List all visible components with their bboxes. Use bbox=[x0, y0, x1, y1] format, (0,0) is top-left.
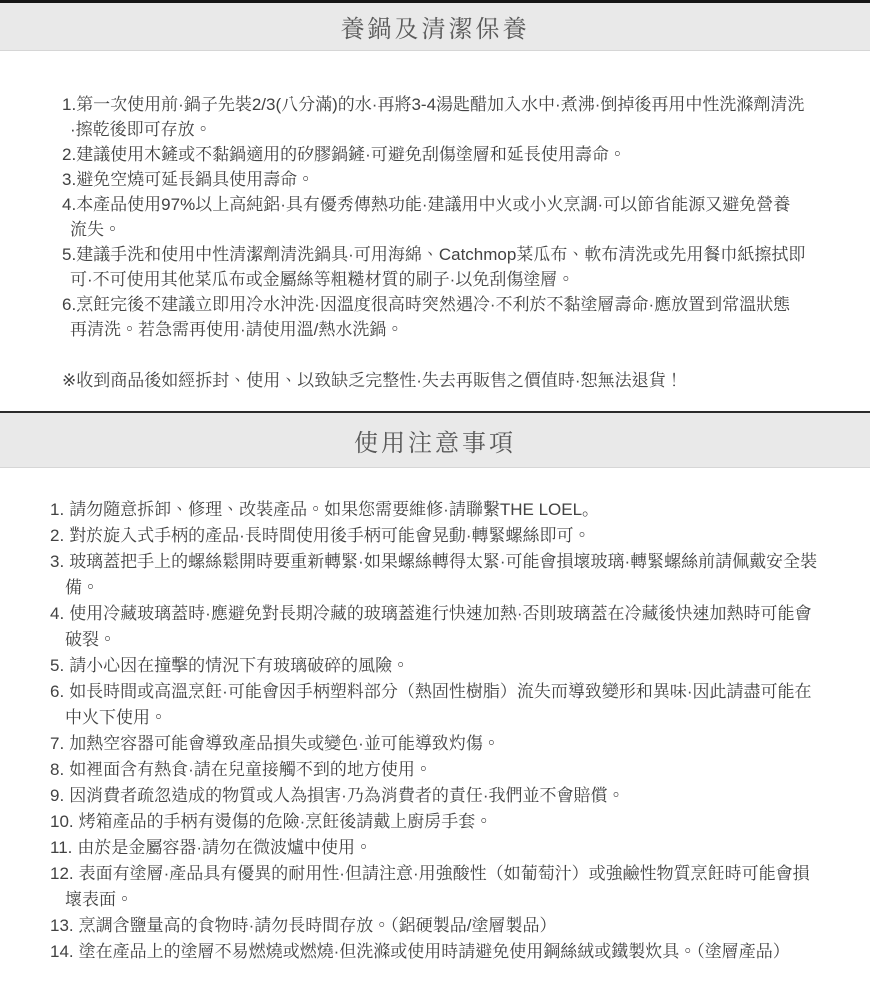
item-text: 烹調含鹽量高的食物時·請勿長時間存放。（鋁硬製品/塗層製品） bbox=[79, 916, 557, 935]
item-text: 對於旋入式手柄的產品·長時間使用後手柄可能會晃動·轉緊螺絲即可。 bbox=[69, 526, 590, 545]
item-number: 1. bbox=[50, 500, 69, 519]
item-number: 3. bbox=[62, 170, 76, 189]
care-item-5: 5.建議手洗和使用中性清潔劑清洗鍋具·可用海綿、Catchmop菜瓜布、軟布清洗… bbox=[62, 242, 806, 292]
item-number: 4. bbox=[62, 195, 76, 214]
precaution-item-9: 9.因消費者疏忽造成的物質或人為損害·乃為消費者的責任·我們並不會賠償。 bbox=[50, 783, 818, 809]
item-text: 如長時間或高溫烹飪·可能會因手柄塑料部分（熱固性樹脂）流失而導致變形和異味·因此… bbox=[65, 682, 812, 727]
section-title-usage-precautions: 使用注意事項 bbox=[354, 423, 516, 458]
item-text: 塗在產品上的塗層不易燃燒或燃燒·但洗滌或使用時請避免使用鋼絲絨或鐵製炊具。（塗層… bbox=[79, 942, 790, 961]
care-item-1: 1.第一次使用前·鍋子先裝2/3(八分滿)的水·再將3-4湯匙醋加入水中·煮沸·… bbox=[62, 92, 806, 142]
item-text: 使用冷藏玻璃蓋時·應避免對長期冷藏的玻璃蓋進行快速加熱·否則玻璃蓋在冷藏後快速加… bbox=[65, 604, 812, 649]
item-number: 10. bbox=[50, 812, 79, 831]
care-item-4: 4.本產品使用97%以上高純鋁·具有優秀傳熱功能·建議用中火或小火烹調·可以節省… bbox=[62, 192, 806, 242]
item-text: 請小心因在撞擊的情況下有玻璃破碎的風險。 bbox=[69, 656, 409, 675]
item-number: 7. bbox=[50, 734, 69, 753]
precaution-item-4: 4.使用冷藏玻璃蓋時·應避免對長期冷藏的玻璃蓋進行快速加熱·否則玻璃蓋在冷藏後快… bbox=[50, 601, 818, 653]
return-policy-note: ※收到商品後如經拆封、使用、以致缺乏完整性·失去再販售之價值時·恕無法退貨！ bbox=[62, 368, 806, 393]
usage-precautions-list: 1.請勿隨意拆卸、修理、改裝產品。如果您需要維修·請聯繫THE LOEL。 2.… bbox=[50, 497, 818, 965]
item-text: 本產品使用97%以上高純鋁·具有優秀傳熱功能·建議用中火或小火烹調·可以節省能源… bbox=[70, 195, 790, 239]
precaution-item-8: 8.如裡面含有熱食·請在兒童接觸不到的地方使用。 bbox=[50, 757, 818, 783]
item-text: 由於是金屬容器·請勿在微波爐中使用。 bbox=[77, 838, 372, 857]
item-text: 加熱空容器可能會導致產品損失或變色·並可能導致灼傷。 bbox=[69, 734, 500, 753]
item-text: 因消費者疏忽造成的物質或人為損害·乃為消費者的責任·我們並不會賠償。 bbox=[69, 786, 624, 805]
item-number: 9. bbox=[50, 786, 69, 805]
item-number: 4. bbox=[50, 604, 69, 623]
item-number: 6. bbox=[62, 295, 76, 314]
item-number: 3. bbox=[50, 552, 69, 571]
item-number: 14. bbox=[50, 942, 79, 961]
item-text: 請勿隨意拆卸、修理、改裝產品。如果您需要維修·請聯繫THE LOEL。 bbox=[69, 500, 599, 519]
item-text: 第一次使用前·鍋子先裝2/3(八分滿)的水·再將3-4湯匙醋加入水中·煮沸·倒掉… bbox=[70, 95, 804, 139]
care-item-2: 2.建議使用木鏟或不黏鍋適用的矽膠鍋鏟·可避免刮傷塗層和延長使用壽命。 bbox=[62, 142, 806, 167]
item-number: 11. bbox=[50, 838, 77, 857]
precaution-item-13: 13.烹調含鹽量高的食物時·請勿長時間存放。（鋁硬製品/塗層製品） bbox=[50, 913, 818, 939]
item-number: 5. bbox=[62, 245, 76, 264]
precaution-item-10: 10.烤箱產品的手柄有燙傷的危險·烹飪後請戴上廚房手套。 bbox=[50, 809, 818, 835]
item-text: 避免空燒可延長鍋具使用壽命。 bbox=[76, 170, 314, 189]
item-number: 1. bbox=[62, 95, 76, 114]
precaution-item-7: 7.加熱空容器可能會導致產品損失或變色·並可能導致灼傷。 bbox=[50, 731, 818, 757]
section-header-usage-precautions: 使用注意事項 bbox=[0, 411, 870, 468]
item-text: 烤箱產品的手柄有燙傷的危險·烹飪後請戴上廚房手套。 bbox=[79, 812, 493, 831]
care-item-3: 3.避免空燒可延長鍋具使用壽命。 bbox=[62, 167, 806, 192]
item-number: 2. bbox=[62, 145, 76, 164]
precaution-item-14: 14.塗在產品上的塗層不易燃燒或燃燒·但洗滌或使用時請避免使用鋼絲絨或鐵製炊具。… bbox=[50, 939, 818, 965]
item-text: 烹飪完後不建議立即用冷水沖洗·因溫度很高時突然遇冷·不利於不黏塗層壽命·應放置到… bbox=[70, 295, 790, 339]
precaution-item-1: 1.請勿隨意拆卸、修理、改裝產品。如果您需要維修·請聯繫THE LOEL。 bbox=[50, 497, 818, 523]
precaution-item-12: 12.表面有塗層·產品具有優異的耐用性·但請注意·用強酸性（如葡萄汁）或強鹼性物… bbox=[50, 861, 818, 913]
item-text: 玻璃蓋把手上的螺絲鬆開時要重新轉緊·如果螺絲轉得太緊·可能會損壞玻璃·轉緊螺絲前… bbox=[65, 552, 817, 597]
precaution-item-2: 2.對於旋入式手柄的產品·長時間使用後手柄可能會晃動·轉緊螺絲即可。 bbox=[50, 523, 818, 549]
precaution-item-5: 5.請小心因在撞擊的情況下有玻璃破碎的風險。 bbox=[50, 653, 818, 679]
item-text: 建議手洗和使用中性清潔劑清洗鍋具·可用海綿、Catchmop菜瓜布、軟布清洗或先… bbox=[70, 245, 805, 289]
item-text: 表面有塗層·產品具有優異的耐用性·但請注意·用強酸性（如葡萄汁）或強鹼性物質烹飪… bbox=[65, 864, 810, 909]
item-number: 13. bbox=[50, 916, 79, 935]
section-header-pot-care: 養鍋及清潔保養 bbox=[0, 0, 870, 51]
item-text: 建議使用木鏟或不黏鍋適用的矽膠鍋鏟·可避免刮傷塗層和延長使用壽命。 bbox=[76, 145, 626, 164]
section-title-pot-care: 養鍋及清潔保養 bbox=[341, 9, 530, 44]
item-number: 12. bbox=[50, 864, 79, 883]
item-number: 5. bbox=[50, 656, 69, 675]
precaution-item-11: 11.由於是金屬容器·請勿在微波爐中使用。 bbox=[50, 835, 818, 861]
precaution-item-6: 6.如長時間或高溫烹飪·可能會因手柄塑料部分（熱固性樹脂）流失而導致變形和異味·… bbox=[50, 679, 818, 731]
precaution-item-3: 3.玻璃蓋把手上的螺絲鬆開時要重新轉緊·如果螺絲轉得太緊·可能會損壞玻璃·轉緊螺… bbox=[50, 549, 818, 601]
product-care-document: 養鍋及清潔保養 1.第一次使用前·鍋子先裝2/3(八分滿)的水·再將3-4湯匙醋… bbox=[0, 0, 870, 965]
pot-care-list: 1.第一次使用前·鍋子先裝2/3(八分滿)的水·再將3-4湯匙醋加入水中·煮沸·… bbox=[62, 92, 806, 393]
item-number: 2. bbox=[50, 526, 69, 545]
item-text: 如裡面含有熱食·請在兒童接觸不到的地方使用。 bbox=[69, 760, 432, 779]
care-item-6: 6.烹飪完後不建議立即用冷水沖洗·因溫度很高時突然遇冷·不利於不黏塗層壽命·應放… bbox=[62, 292, 806, 342]
item-number: 8. bbox=[50, 760, 69, 779]
item-number: 6. bbox=[50, 682, 69, 701]
